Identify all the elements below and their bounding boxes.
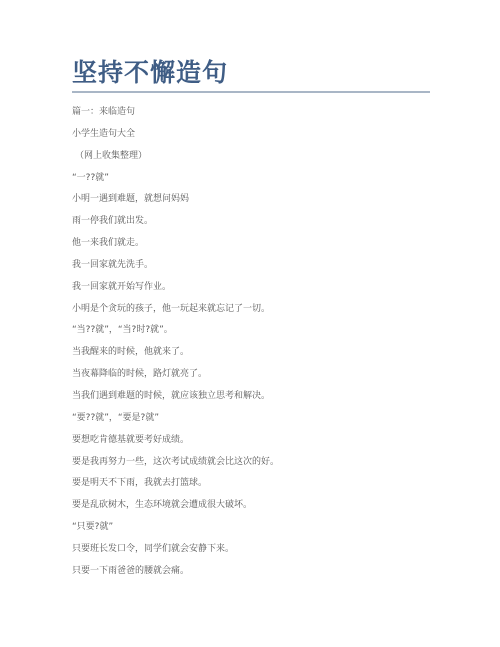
example-sentence: 当夜幕降临的时候，路灯就亮了。 xyxy=(72,367,432,389)
paragraph-line: （网上收集整理） xyxy=(72,149,432,171)
document-body: 篇一：来临造句 小学生造句大全 （网上收集整理） “一??就” 小明一遇到难题，… xyxy=(72,105,432,586)
section-heading: 篇一：来临造句 xyxy=(72,105,432,127)
example-sentence: 只要一下雨爸爸的腰就会痛。 xyxy=(72,564,432,586)
pattern-heading: “当??就”，“当?时?就”。 xyxy=(72,323,432,345)
example-sentence: 我一回家就先洗手。 xyxy=(72,258,432,280)
document-title: 坚持不懈造句 xyxy=(72,58,228,88)
title-divider xyxy=(72,91,430,93)
example-sentence: 他一来我们就走。 xyxy=(72,236,432,258)
document-page: 坚持不懈造句 篇一：来临造句 小学生造句大全 （网上收集整理） “一??就” 小… xyxy=(0,0,500,647)
example-sentence: 只要班长发口令，同学们就会安静下来。 xyxy=(72,542,432,564)
example-sentence: 当我们遇到难题的时候，就应该独立思考和解决。 xyxy=(72,389,432,411)
example-sentence: 小明一遇到难题，就想问妈妈 xyxy=(72,192,432,214)
example-sentence: 雨一停我们就出发。 xyxy=(72,214,432,236)
paragraph-line: 小学生造句大全 xyxy=(72,127,432,149)
pattern-heading: “只要?就” xyxy=(72,520,432,542)
example-sentence: 要想吃肯德基就要考好成绩。 xyxy=(72,433,432,455)
pattern-heading: “一??就” xyxy=(72,171,432,193)
pattern-heading: “要??就”，“要是?就” xyxy=(72,411,432,433)
example-sentence: 要是明天不下雨，我就去打篮球。 xyxy=(72,476,432,498)
example-sentence: 小明是个贪玩的孩子，他一玩起来就忘记了一切。 xyxy=(72,302,432,324)
example-sentence: 要是乱砍树木，生态环境就会遭成很大破坏。 xyxy=(72,498,432,520)
example-sentence: 当我醒来的时候，他就来了。 xyxy=(72,345,432,367)
example-sentence: 我一回家就开始写作业。 xyxy=(72,280,432,302)
example-sentence: 要是我再努力一些，这次考试成绩就会比这次的好。 xyxy=(72,455,432,477)
